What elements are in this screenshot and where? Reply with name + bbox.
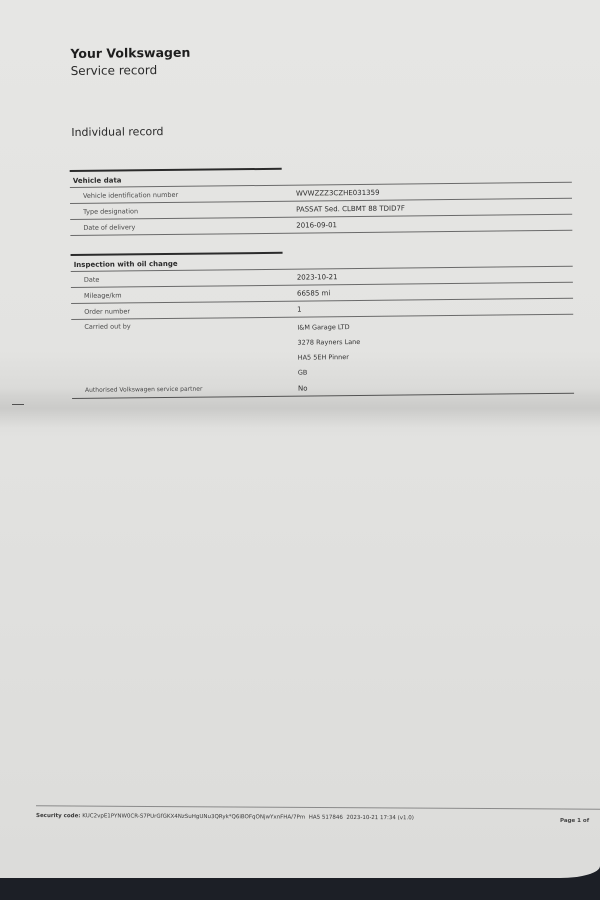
mileage-value: 66585 mi: [294, 289, 330, 297]
print-timestamp: 2023-10-21 17:34: [346, 815, 396, 821]
field-label: Authorised Volkswagen service partner: [72, 385, 295, 394]
document-subtitle: Service record: [71, 63, 158, 78]
field-label: Order number: [71, 305, 294, 315]
document-page: Your Volkswagen Service record Individua…: [0, 0, 600, 878]
field-label: Type designation: [70, 205, 293, 215]
field-label: Carried out by: [71, 321, 294, 331]
security-code-label: Security code:: [36, 813, 81, 819]
vin-value: WVWZZZ3CZHE031359: [293, 188, 380, 197]
garage-name: I&M Garage LTD: [297, 320, 360, 336]
field-label: Vehicle identification number: [70, 189, 293, 199]
field-label: Date of delivery: [70, 221, 293, 231]
order-number-value: 1: [294, 305, 302, 313]
type-designation-value: PASSAT Sed. CLBMT 88 TDID7F: [293, 204, 405, 213]
inspection-section: Inspection with oil change Date 2023-10-…: [71, 249, 574, 399]
garage-address: I&M Garage LTD 3278 Rayners Lane HA5 5EH…: [294, 320, 360, 381]
vehicle-data-section: Vehicle data Vehicle identification numb…: [70, 165, 573, 236]
delivery-date-value: 2016-09-01: [293, 221, 337, 229]
record-type-heading: Individual record: [71, 125, 163, 139]
table-row: Carried out by I&M Garage LTD 3278 Rayne…: [71, 315, 574, 383]
version: (v1.0): [398, 815, 414, 821]
authorised-partner-value: No: [295, 384, 308, 392]
garage-country: GB: [298, 365, 361, 381]
garage-street: 3278 Rayners Lane: [297, 335, 360, 351]
field-label: Mileage/km: [71, 289, 294, 299]
garage-postcode-city: HA5 5EH Pinner: [298, 350, 361, 366]
field-label: Date: [71, 273, 294, 283]
brand-title: Your Volkswagen: [70, 45, 190, 61]
margin-mark: [12, 404, 24, 405]
page-number: Page 1 of: [560, 818, 589, 824]
dealer-code: HA5 517846: [309, 815, 343, 821]
inspection-date-value: 2023-10-21: [294, 273, 338, 281]
